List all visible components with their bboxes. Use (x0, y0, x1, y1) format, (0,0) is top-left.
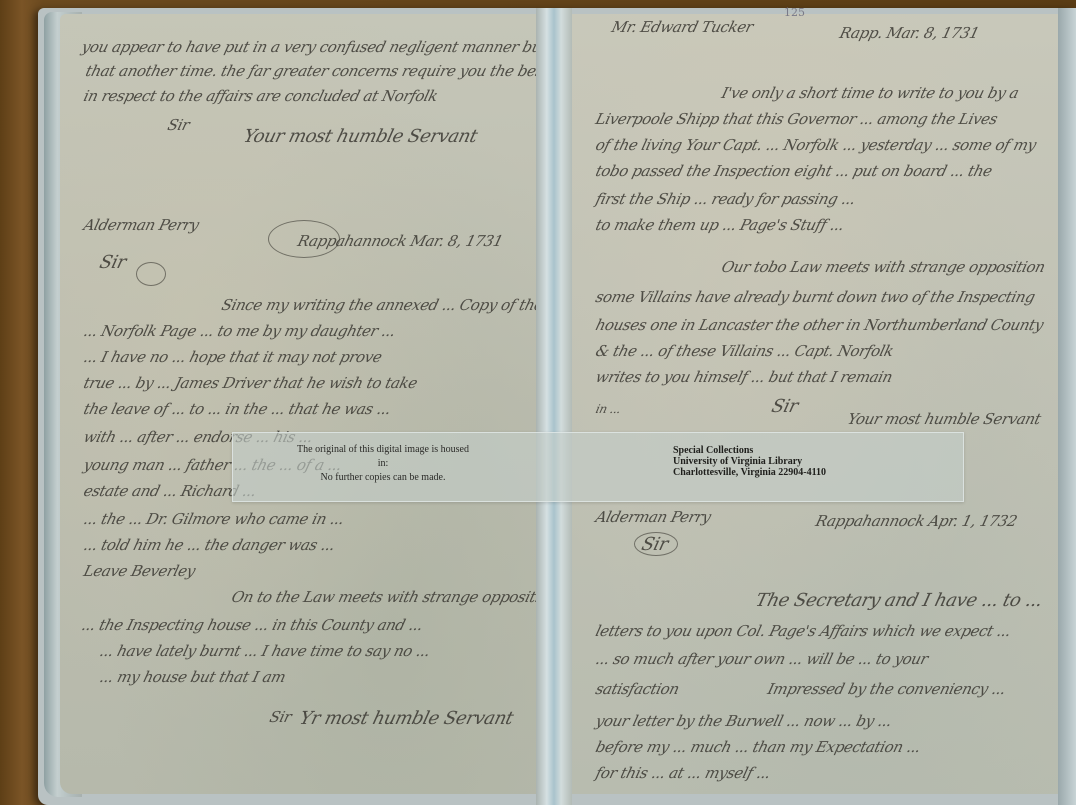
handwritten-line: to make them up ... Page's Stuff ... (594, 216, 846, 234)
label-library: University of Virginia Library (673, 456, 826, 467)
letter-closing: Your most humble Servant (846, 410, 1043, 428)
handwritten-line: for this ... at ... myself ... (594, 764, 773, 782)
handwritten-salutation: Sir (166, 116, 192, 134)
letter-place-date: Rappahannock Apr. 1, 1732 (814, 512, 1019, 530)
right-page (572, 14, 1058, 794)
page-number: 125 (784, 6, 805, 19)
label-notice: The original of this digital image is ho… (293, 443, 473, 485)
handwritten-line: ... my house but that I am (98, 668, 288, 686)
handwritten-line: before my ... much ... than my Expectati… (594, 738, 923, 756)
handwritten-line: The Secretary and I have ... to ... (753, 590, 1044, 611)
handwritten-line: houses one in Lancaster the other in Nor… (594, 316, 1045, 334)
label-address: Charlottesville, Virginia 22904-4110 (673, 467, 826, 478)
handwritten-line: in ... (594, 402, 622, 416)
handwritten-line: you appear to have put in a very confuse… (80, 38, 610, 56)
letter-salutation: Sir (97, 252, 128, 273)
handwritten-line: letters to you upon Col. Page's Affairs … (594, 622, 1013, 640)
handwritten-line: ... the ... Dr. Gilmore who came in ... (82, 510, 346, 528)
handwritten-line: in respect to the affairs are concluded … (82, 87, 440, 105)
label-department: Special Collections (673, 445, 826, 456)
handwritten-line: that another time. the far greater conce… (84, 62, 588, 80)
handwritten-line: I've only a short time to write to you b… (720, 84, 1021, 102)
label-institution: Special Collections University of Virgin… (673, 445, 826, 478)
handwritten-line: Leave Beverley (82, 562, 197, 580)
handwritten-line: ... I have no ... hope that it may not p… (82, 348, 384, 366)
letter-place-date: Rapp. Mar. 8, 1731 (838, 24, 981, 42)
label-notice-line: No further copies can be made. (293, 471, 473, 485)
handwritten-line: your letter by the Burwell ... now ... b… (594, 712, 894, 730)
letter-salutation: Sir (769, 396, 800, 417)
flourish (268, 220, 340, 258)
handwritten-line: true ... by ... James Driver that he wis… (82, 374, 419, 392)
handwritten-line: Our tobo Law meets with strange oppositi… (720, 258, 1047, 276)
flourish (634, 532, 678, 556)
photograph: you appear to have put in a very confuse… (0, 0, 1076, 805)
handwritten-line: tobo passed the Inspection eight ... put… (594, 162, 994, 180)
handwritten-line: first the Ship ... ready for passing ... (594, 190, 857, 208)
letter-addressee: Alderman Perry (594, 508, 713, 526)
letter-addressee: Mr. Edward Tucker (610, 18, 755, 36)
handwritten-line: the leave of ... to ... in the ... that … (82, 400, 393, 418)
handwritten-line: ... have lately burnt ... I have time to… (98, 642, 432, 660)
flourish (136, 262, 166, 286)
right-page-edge (1058, 8, 1076, 805)
handwritten-line: of the living Your Capt. ... Norfolk ...… (594, 136, 1038, 154)
label-notice-line: The original of this digital image is ho… (293, 443, 473, 471)
handwritten-line: ... the Inspecting house ... in this Cou… (80, 616, 425, 634)
handwritten-line: satisfaction (594, 680, 681, 698)
letter-salutation: Sir (268, 708, 294, 726)
handwritten-line: ... Norfolk Page ... to me by my daughte… (82, 322, 397, 340)
handwritten-line: some Villains have already burnt down tw… (594, 288, 1037, 306)
handwritten-line: & the ... of these Villains ... Capt. No… (594, 342, 896, 360)
handwritten-line: Liverpoole Shipp that this Governor ... … (594, 110, 1000, 128)
handwritten-line: ... so much after your own ... will be .… (594, 650, 930, 668)
letter-closing: Yr most humble Servant (297, 708, 515, 729)
handwritten-line: Since my writing the annexed ... Copy of… (220, 296, 545, 314)
handwritten-line: ... told him he ... the danger was ... (82, 536, 337, 554)
book-gutter (536, 8, 572, 805)
handwritten-line: On to the Law meets with strange opposit… (230, 588, 560, 606)
handwritten-line: writes to you himself ... but that I rem… (594, 368, 895, 386)
special-collections-label: The original of this digital image is ho… (232, 432, 964, 502)
letter-addressee: Alderman Perry (82, 216, 201, 234)
handwritten-closing: Your most humble Servant (241, 126, 479, 147)
handwritten-line: Impressed by the conveniency ... (766, 680, 1008, 698)
